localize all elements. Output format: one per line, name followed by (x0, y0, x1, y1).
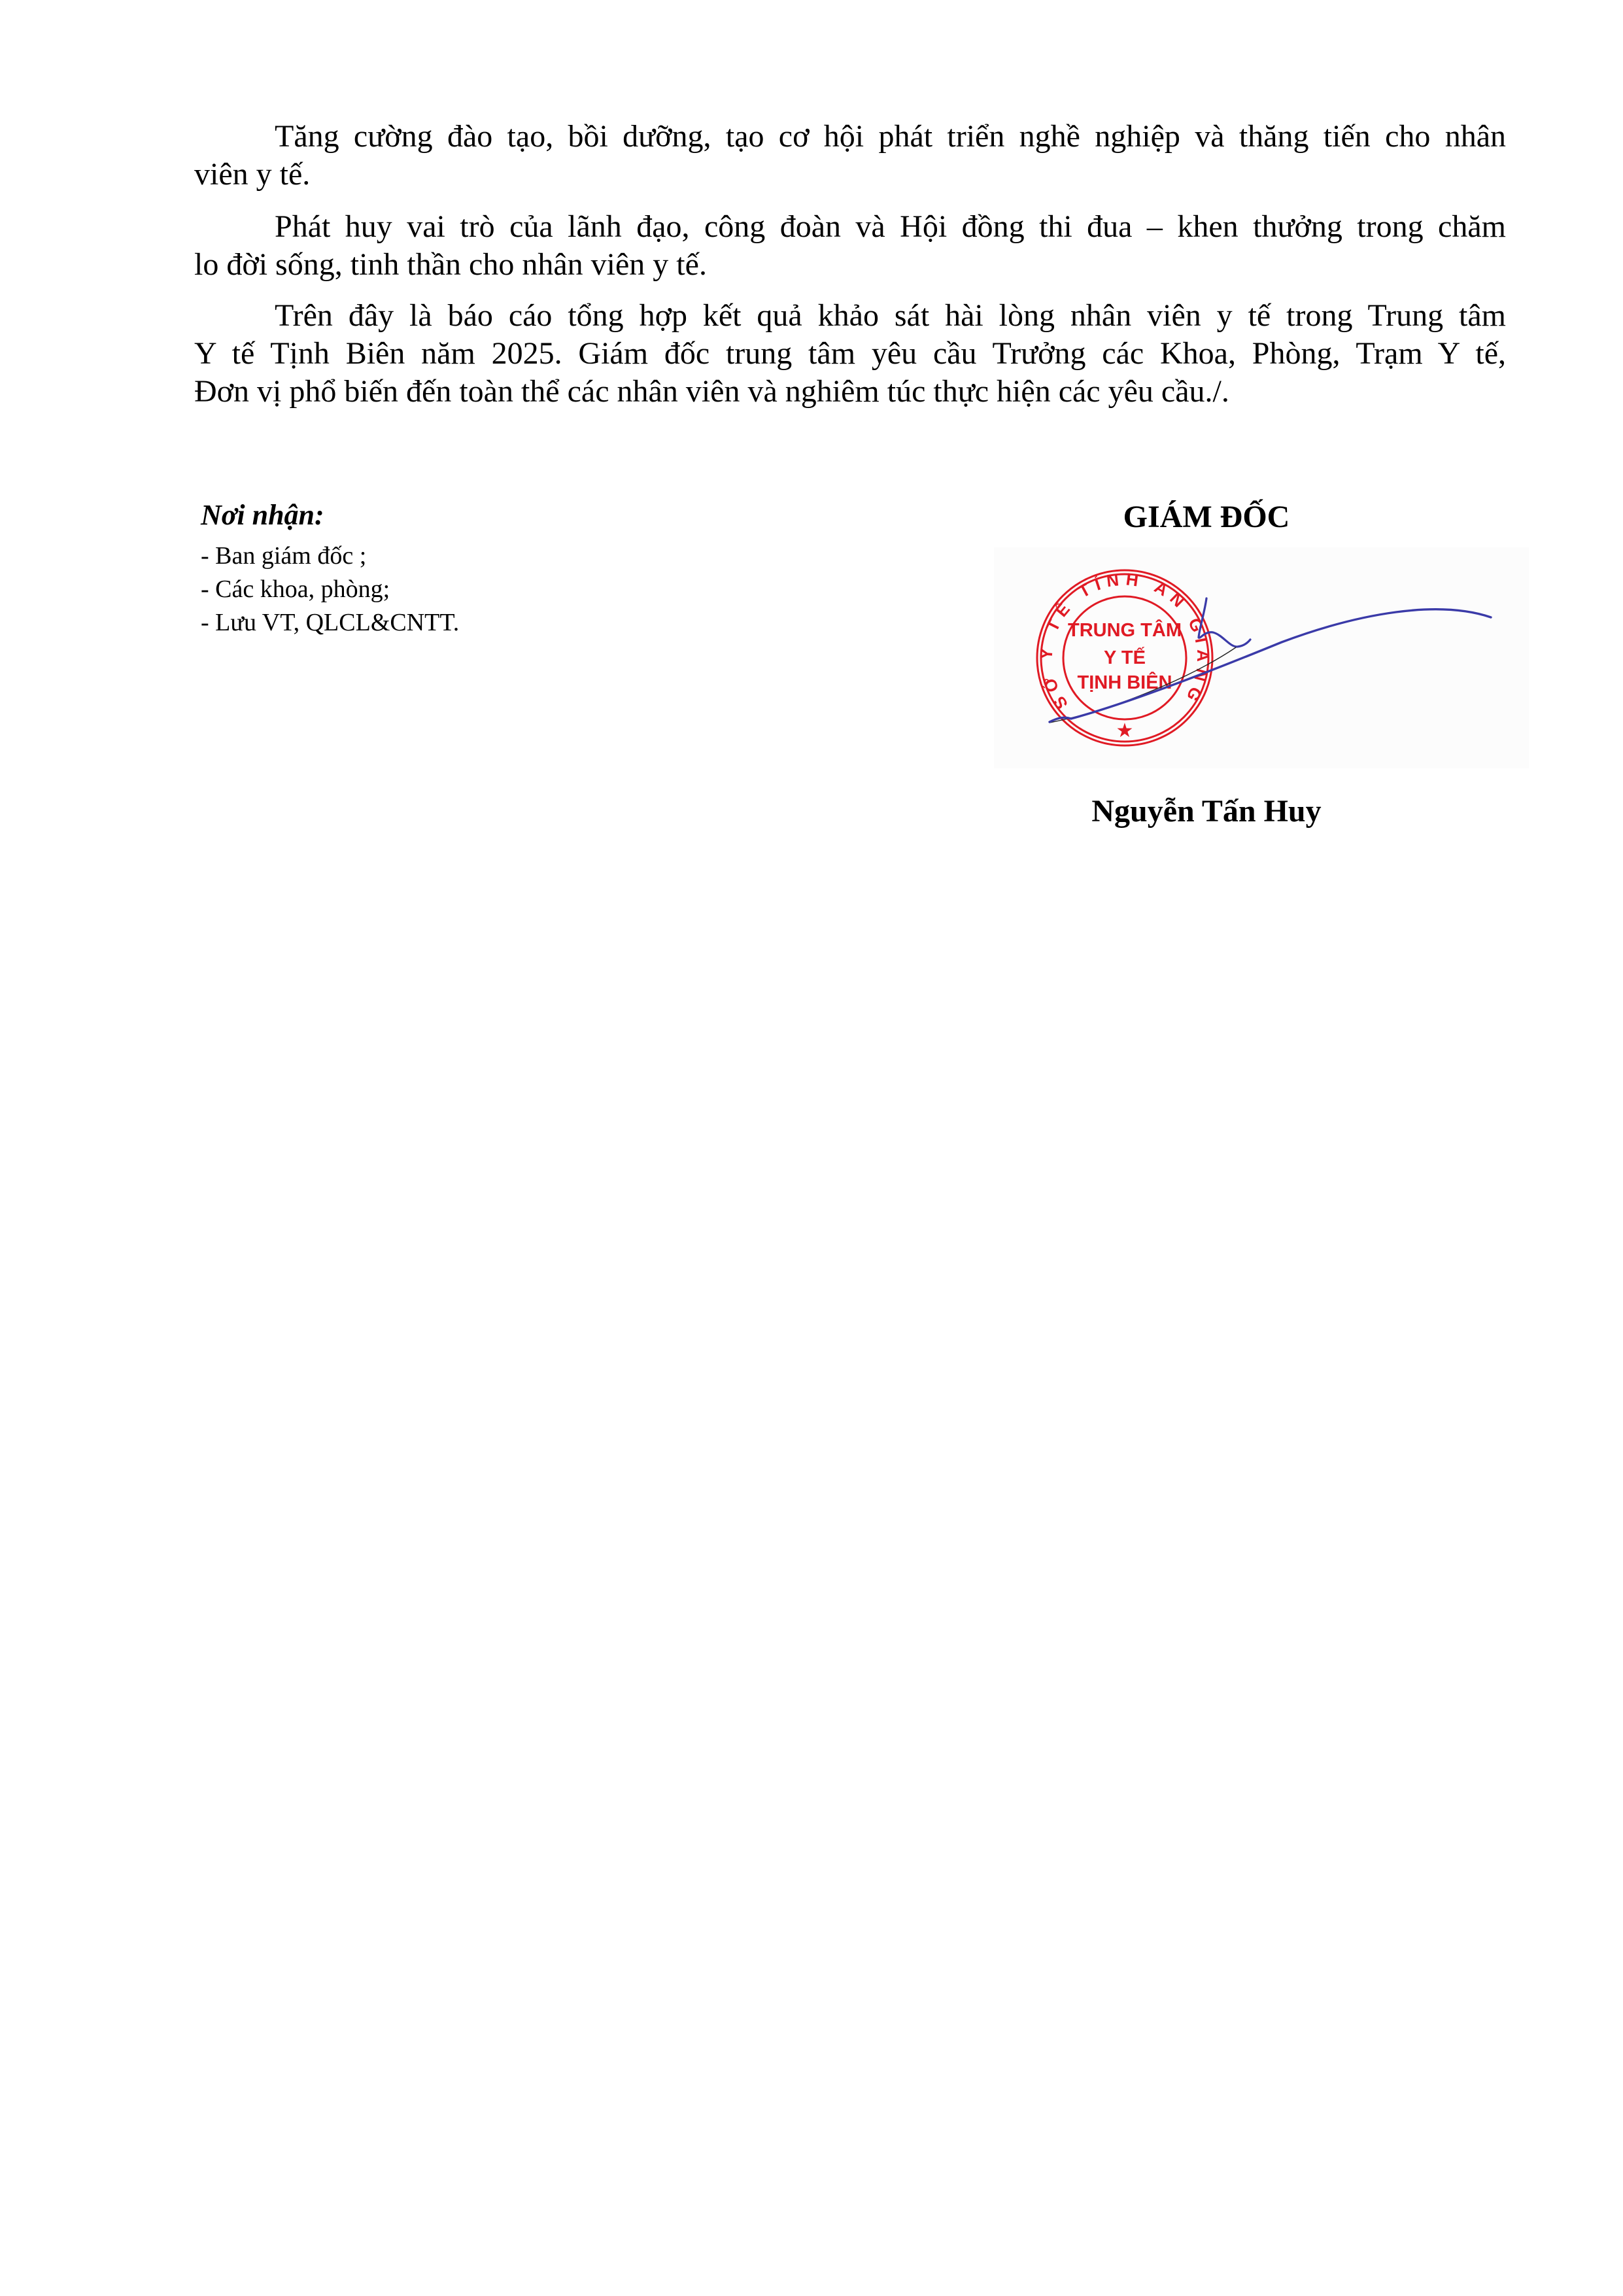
recipients-list: - Ban giám đốc ; - Các khoa, phòng; - Lư… (201, 539, 459, 639)
recipients-block: Nơi nhận: - Ban giám đốc ; - Các khoa, p… (201, 497, 459, 639)
recipient-item: - Ban giám đốc ; (201, 539, 459, 572)
paragraph-line: Trên đây là báo cáo tổng hợp kết quả khả… (194, 297, 1506, 335)
star-icon: ★ (1116, 720, 1134, 742)
paragraph-leadership: Phát huy vai trò của lãnh đạo, công đoàn… (194, 208, 1506, 284)
paragraph-conclusion: Trên đây là báo cáo tổng hợp kết quả khả… (194, 297, 1506, 411)
paragraph-line: Tăng cường đào tạo, bồi dưỡng, tạo cơ hộ… (194, 118, 1506, 156)
signature-stamp-image: SỞ Y TẾ TỈNH AN GIANG TRUNG TÂMY TẾTỊNH … (994, 547, 1529, 768)
signer-title: GIÁM ĐỐC (1076, 498, 1337, 536)
signer-name: Nguyễn Tấn Huy (1043, 793, 1370, 831)
svg-text:TRUNG TÂMY TẾTỊNH BIÊN: TRUNG TÂMY TẾTỊNH BIÊN (1068, 619, 1182, 693)
paragraph-line: Đơn vị phổ biến đến toàn thể các nhân vi… (194, 373, 1506, 411)
paragraph-line: lo đời sống, tinh thần cho nhân viên y t… (194, 246, 1506, 284)
paragraph-line: Y tế Tịnh Biên năm 2025. Giám đốc trung … (194, 335, 1506, 373)
recipient-item: - Lưu VT, QLCL&CNTT. (201, 606, 459, 639)
official-stamp-icon: SỞ Y TẾ TỈNH AN GIANG TRUNG TÂMY TẾTỊNH … (994, 547, 1529, 768)
recipients-title: Nơi nhận: (201, 497, 459, 534)
recipient-item: - Các khoa, phòng; (201, 572, 459, 606)
paragraph-training: Tăng cường đào tạo, bồi dưỡng, tạo cơ hộ… (194, 118, 1506, 194)
paragraph-line: Phát huy vai trò của lãnh đạo, công đoàn… (194, 208, 1506, 246)
paragraph-line: viên y tế. (194, 156, 1506, 194)
